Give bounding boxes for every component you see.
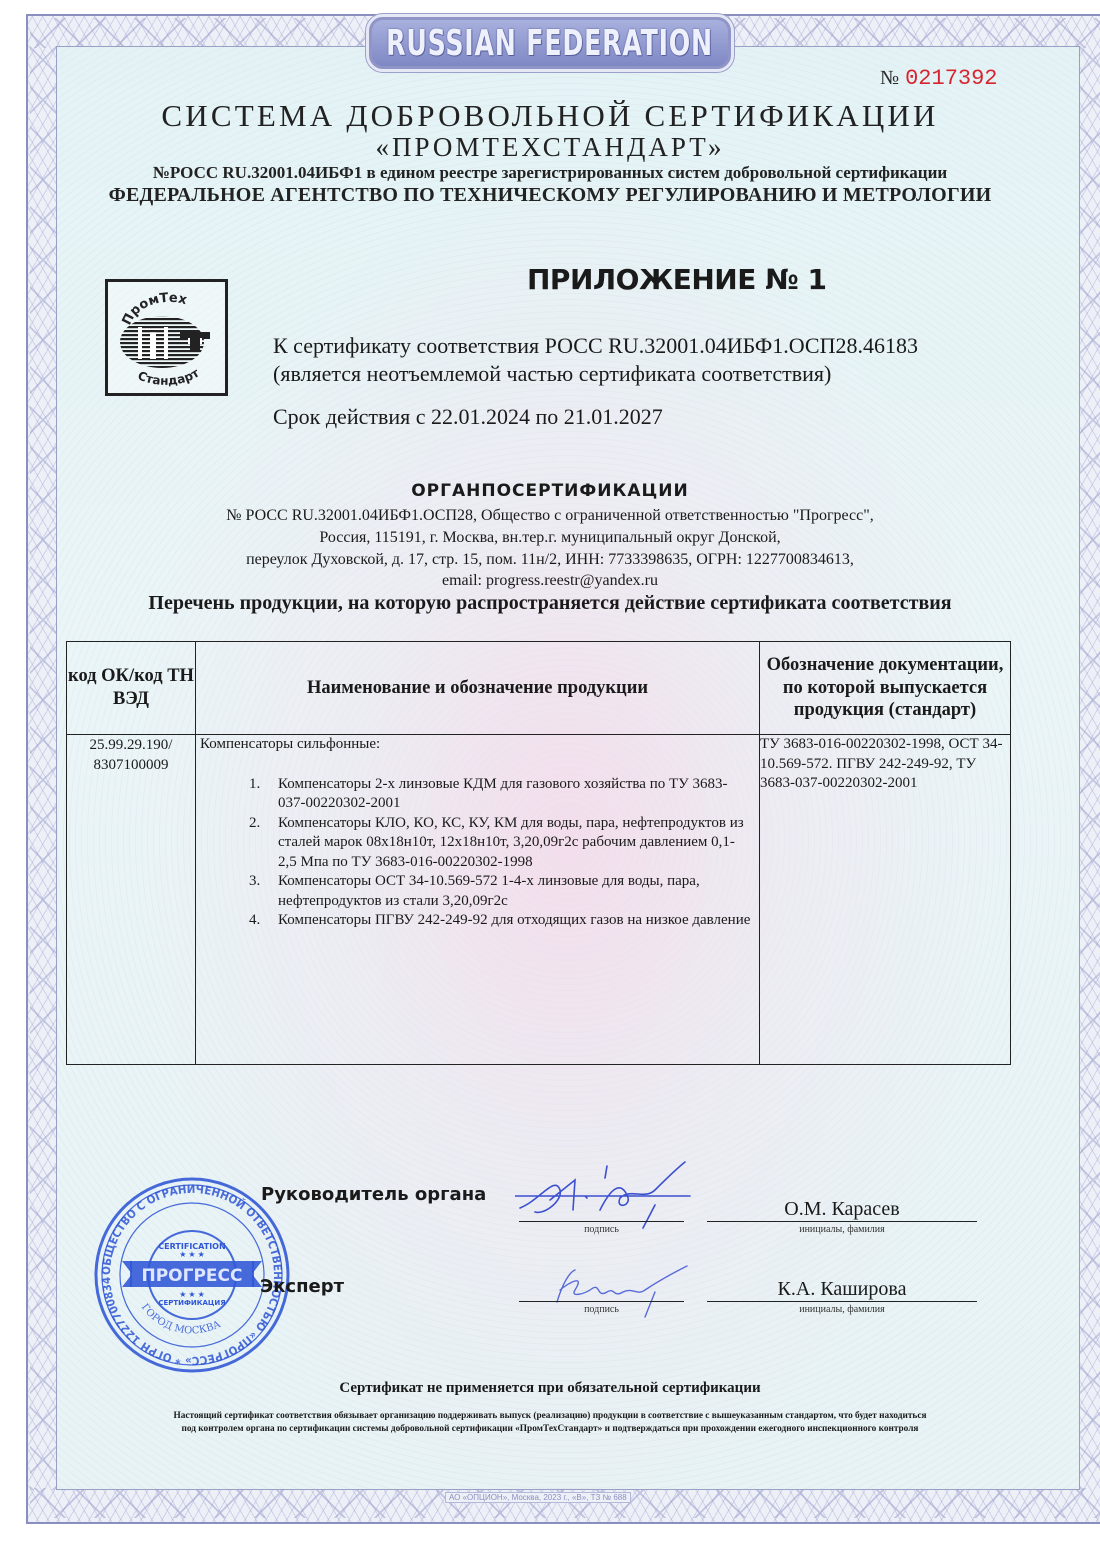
list-item: Компенсаторы ПГВУ 242-249-92 для отходящ… — [264, 911, 753, 931]
head-name-caption: инициалы, фамилия — [707, 1224, 977, 1235]
progress-stamp-icon: ОБЩЕСТВО С ОГРАНИЧЕННОЙ ОТВЕТСТВЕННОСТЬЮ… — [92, 1175, 292, 1375]
list-item: Компенсаторы 2-х линзовые КДМ для газово… — [264, 775, 753, 814]
table-header-row: код ОК/код ТН ВЭД Наименование и обознач… — [67, 642, 1011, 735]
svg-text:ПРОГРЕСС: ПРОГРЕСС — [142, 1266, 243, 1286]
banner-text: RUSSIAN FEDERATION — [387, 23, 714, 64]
product-items: Компенсаторы 2-х линзовые КДМ для газово… — [200, 775, 753, 931]
certification-body-line: Россия, 115191, г. Москва, вн.тер.г. мун… — [0, 529, 1100, 547]
product-intro: Компенсаторы сильфонные: — [200, 735, 753, 755]
head-name: О.М. Карасев — [707, 1198, 977, 1221]
head-signature-line — [519, 1221, 684, 1222]
product-name-cell: Компенсаторы сильфонные: Компенсаторы 2-… — [196, 735, 760, 1065]
certificate-note: (является неотъемлемой частью сертификат… — [273, 361, 831, 387]
footer-main-note: Сертификат не применяется при обязательн… — [0, 1380, 1100, 1397]
expert-signature-caption: подпись — [519, 1304, 684, 1315]
list-item: Компенсаторы КЛО, КО, КС, КУ, КМ для вод… — [264, 814, 753, 873]
validity-period: Срок действия с 22.01.2024 по 21.01.2027 — [273, 404, 663, 430]
product-list-heading: Перечень продукции, на которую распростр… — [0, 592, 1100, 615]
certification-body-heading: ОРГАНПОСЕРТИФИКАЦИИ — [0, 481, 1100, 501]
product-documentation: ТУ 3683-016-00220302-1998, ОСТ 34-10.569… — [760, 735, 1011, 1065]
agency-name: ФЕДЕРАЛЬНОЕ АГЕНТСТВО ПО ТЕХНИЧЕСКОМУ РЕ… — [0, 184, 1100, 207]
svg-text:★ ★ ★: ★ ★ ★ — [179, 1290, 205, 1299]
table-row: 25.99.29.190/ 8307100009 Компенсаторы си… — [67, 735, 1011, 1065]
serial-value: 0217392 — [905, 66, 997, 91]
border-pattern-left — [30, 40, 56, 1490]
column-header-code: код ОК/код ТН ВЭД — [67, 642, 196, 735]
serial-number: №0217392 — [880, 66, 998, 91]
expert-name-caption: инициалы, фамилия — [707, 1304, 977, 1315]
footer-note-line: Настоящий сертификат соответствия обязыв… — [0, 1411, 1100, 1421]
expert-signature-line — [519, 1301, 684, 1302]
border-pattern-right — [1080, 40, 1100, 1490]
head-role-label: Руководитель органа — [261, 1184, 486, 1205]
expert-role-label: Эксперт — [260, 1276, 344, 1297]
serial-prefix: № — [880, 67, 899, 89]
certification-body-line: № РОСС RU.32001.04ИБФ1.ОСП28, Общество с… — [0, 507, 1100, 525]
registry-line: №РОСС RU.32001.04ИБФ1 в едином реестре з… — [0, 163, 1100, 183]
expert-name: К.А. Каширова — [707, 1278, 977, 1301]
printer-imprint: АО «ОПЦИОН», Москва, 2023 г., «В», ТЗ № … — [445, 1492, 631, 1503]
expert-name-line — [707, 1301, 977, 1302]
product-code: 25.99.29.190/ 8307100009 — [67, 735, 196, 1065]
column-header-name: Наименование и обозначение продукции — [196, 642, 760, 735]
svg-text:★ ★ ★: ★ ★ ★ — [179, 1250, 205, 1259]
svg-text:Стандарт: Стандарт — [136, 366, 202, 388]
russian-federation-banner: RUSSIAN FEDERATION — [369, 17, 731, 69]
system-title: СИСТЕМА ДОБРОВОЛЬНОЙ СЕРТИФИКАЦИИ — [0, 98, 1100, 134]
certificate-reference: К сертификату соответствия РОСС RU.32001… — [273, 333, 918, 359]
product-table: код ОК/код ТН ВЭД Наименование и обознач… — [66, 641, 1011, 1065]
head-signature-caption: подпись — [519, 1224, 684, 1235]
appendix-title: ПРИЛОЖЕНИЕ № 1 — [527, 263, 827, 296]
logo-emblem-icon: ПромТех Стандарт — [108, 282, 225, 393]
certification-body-line: переулок Духовской, д. 17, стр. 15, пом.… — [0, 551, 1100, 569]
head-signature-icon — [515, 1160, 715, 1230]
list-item: Компенсаторы ОСТ 34-10.569-572 1-4-х лин… — [264, 872, 753, 911]
svg-text:ГОРОД МОСКВА: ГОРОД МОСКВА — [139, 1302, 223, 1337]
svg-text:СЕРТИФИКАЦИЯ: СЕРТИФИКАЦИЯ — [158, 1299, 225, 1307]
promtekhstandart-logo: ПромТех Стандарт — [105, 279, 228, 396]
column-header-documentation: Обозначение документации, по которой вып… — [760, 642, 1011, 735]
head-name-line — [707, 1221, 977, 1222]
system-name: «ПРОМТЕХСТАНДАРТ» — [0, 132, 1100, 163]
certification-body-email: email: progress.reestr@yandex.ru — [0, 572, 1100, 590]
footer-note-line: под контролем органа по сертификации сис… — [0, 1424, 1100, 1434]
